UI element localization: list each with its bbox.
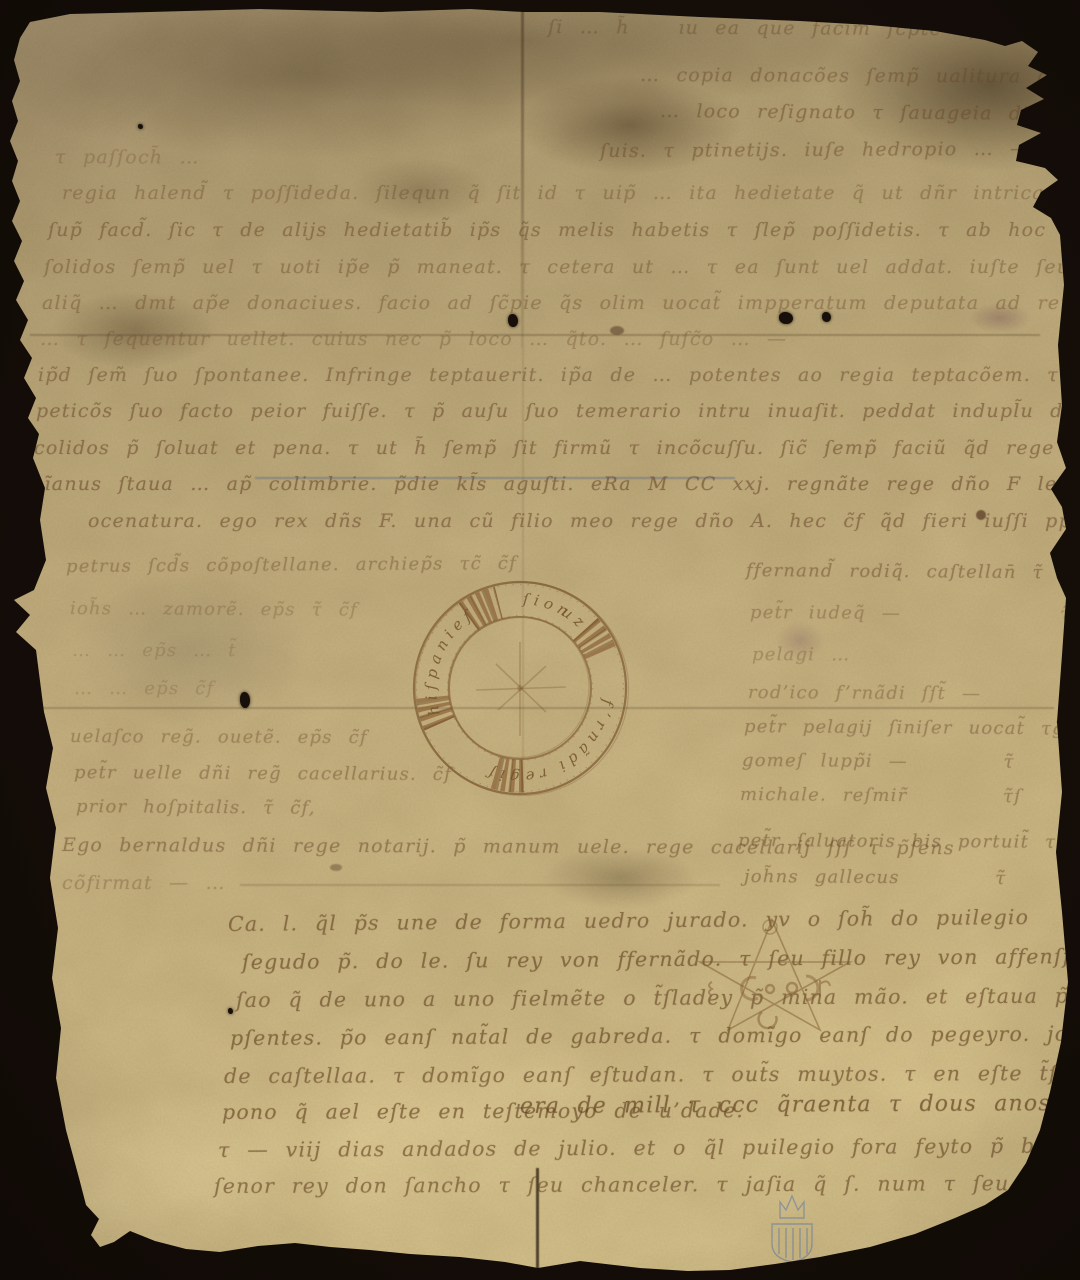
text-line: pet̃r uelle dñi reg̃ cacellarius. c̃f	[74, 762, 452, 785]
text-line: pet̃r pelagij ſiniſer uocat̃ τg̃ c̃f	[744, 716, 1080, 740]
text-line: regia halend̃ τ poſſideda. ſilequn q̃ ſi…	[62, 182, 1080, 204]
notarial-sign	[700, 920, 850, 1030]
horizontal-fold-crease-upper	[30, 334, 1040, 336]
fold-creases	[0, 0, 1080, 1280]
notary-subscription-line: Ego bernaldus dñi rege notarij. p̃ manum…	[0, 0, 1080, 1280]
text-line: … loco reſignato τ ſauageia d’ itt̃	[660, 100, 1071, 125]
text-line: aĩanus ſtaua … ap̃ colimbrie. p̃die kl̃s…	[32, 473, 1080, 495]
parchment-hole	[508, 314, 518, 327]
text-line: ſegudo p̃. do le. ſu rey von ffernãdo. τ…	[242, 944, 1080, 974]
blotch-mottling	[0, 0, 1080, 1280]
text-line: … τ ſequentur uellet. cuius nec p̃ loco …	[40, 328, 787, 350]
ink-spot	[610, 326, 624, 335]
text-line: Ego bernaldus dñi rege notarij. p̃ manum…	[62, 834, 955, 859]
text-line: pſentes. p̃o eanſ nat̃al de gabreda. τ d…	[230, 1021, 1080, 1050]
text-line: pelagi …	[752, 644, 850, 665]
text-line: τ paſſoch̃ …	[55, 146, 200, 169]
text-line: … copia donacões ſemp̃ ualitura do —	[640, 64, 1080, 88]
horizontal-fold-crease-middle	[14, 707, 1054, 709]
text-line: de caſtellaa. τ domĩgo eanſ eſtudan. τ o…	[224, 1060, 1080, 1088]
charter-body-text: ſi … h̃ ıu ea que facim̃ ſcp̃te oſeworie…	[0, 0, 1080, 1280]
rota-centre-cross	[476, 642, 566, 736]
text-line: era de mill τ ccc q̃raenta τ dous anos.	[520, 1091, 1059, 1119]
text-line: prior hoſpitalis. τ̃ c̃f,	[76, 796, 316, 819]
rota-seal: ſionuzf’rnãdiregiſhiſpanieſ	[414, 582, 629, 796]
text-line: ſao q̃ de uno a uno fielmẽte o t̃ſladey …	[236, 984, 1069, 1012]
text-line: michale. reſmir̃ τ̃ſ c̃f	[740, 784, 1080, 808]
text-line: uelaſco reg̃. ouetẽ. ep̃s c̃f	[70, 726, 368, 748]
edge-vignette	[0, 0, 1080, 1280]
fine-grain	[0, 0, 1080, 1280]
text-line: pet̃r ſaluatoris bis portuit̃ τc̃ c̃f	[738, 830, 1080, 853]
text-line: ſolidos ſemp̃ uel τ uoti ip̃e p̃ maneat.…	[44, 256, 1080, 278]
text-line: … … ep̃s c̃f	[74, 678, 214, 699]
manuscript-photo: ſi … h̃ ıu ea que facim̃ ſcp̃te oſeworie…	[0, 0, 1080, 1280]
parchment-sheet: ſi … h̃ ıu ea que facim̃ ſcp̃te oſeworie…	[0, 0, 1080, 1280]
rota-bar-shading	[433, 603, 602, 776]
text-line: ffernand̃ rodiq̃. caſtellan̄ τ̃ c̃f	[746, 560, 1080, 584]
text-line: cõfirmat — …	[62, 872, 226, 894]
parchment-hole	[240, 692, 250, 708]
text-line: ocenatura. ego rex dñs F. una cũ filio m…	[88, 510, 1080, 532]
vertical-fold-crease	[521, 8, 524, 348]
text-line: ſuis. τ ptinetijs. iuſe hedropio … — t̃	[600, 138, 1055, 162]
parchment-hole	[822, 312, 831, 322]
rota-ring-text: ſionuzf’rnãdiregiſhiſpanieſ	[422, 590, 618, 786]
pencil-guide-line	[255, 477, 735, 479]
rota-word: ſion	[521, 590, 575, 623]
damage-layer	[0, 0, 1080, 1280]
witness-column-right: ffernand̃ rodiq̃. caſtellan̄ τ̃ c̃fpet̃r…	[0, 0, 1080, 1280]
text-line: … … ep̃s … t̃	[72, 640, 237, 661]
text-line: rod’ico f’rnãdi ſſt̃ —	[748, 682, 981, 704]
text-line: petrus ſcd̃s cõpoſtellane. archiep̃s τc̃…	[66, 553, 517, 577]
ink-spot	[330, 864, 342, 871]
text-line: peticõs ſuo facto peior fuiſſe. τ p̃ auſ…	[36, 400, 1080, 422]
rota-word: uz	[558, 603, 591, 635]
witness-column-left: petrus ſcd̃s cõpoſtellane. archiep̃s τc̃…	[0, 0, 1080, 1280]
text-line: Ca. l. q̃l p̃s une de forma uedro jurado…	[228, 905, 1029, 936]
rota-word: regiſ	[481, 761, 549, 786]
drawn-devices: ſionuzf’rnãdiregiſhiſpanieſ	[0, 0, 1080, 1280]
text-line: ip̃d ſem̃ ſuo ſpontanee. Infringe teptau…	[38, 364, 1080, 386]
text-line: pono q̃ ael eſte en teſtemoyo de u’dade.	[222, 1098, 744, 1124]
horizontal-crease-faint	[240, 884, 720, 886]
rota-word: f’rnãdi	[552, 697, 618, 778]
parchment-hole	[138, 124, 143, 129]
text-line: ſi … h̃ ıu ea que facim̃ ſcp̃te oſeworie…	[548, 16, 1080, 42]
ink-spot	[1042, 1206, 1051, 1217]
text-line: τ — viij dias andados de julio. et o q̃l…	[218, 1132, 1080, 1162]
text-line: ioh̃s … zamorẽ. ep̃s τ̃ c̃f	[70, 598, 358, 621]
parchment-hole	[228, 1008, 233, 1014]
archive-stamp	[772, 1196, 812, 1262]
parchment-texture	[0, 0, 1080, 1280]
text-line: ſup̃ facd̃. ſic τ de alijs hedietatib̃ i…	[48, 219, 1080, 241]
rota-word: hiſpanieſ	[422, 604, 479, 717]
text-line: pet̃r iudeq̃ — τ̃ c̃f	[750, 602, 1080, 625]
text-line: aliq̃ … dmt ap̃e donaciues. facio ad ſc̃…	[42, 292, 1080, 314]
text-line: gomeſ lupp̃i — τ̃ c̃f	[742, 750, 1080, 773]
text-line: colidos p̃ ſoluat et pena. τ ut h̃ ſemp̃…	[34, 437, 1080, 459]
vernacular-translation-text: Ca. l. q̃l p̃s une de forma uedro jurado…	[0, 0, 1080, 1280]
rota-hatched-bars	[433, 603, 602, 776]
parchment-hole	[779, 312, 793, 324]
ink-spot	[976, 510, 986, 520]
bottom-slit-tear	[536, 1168, 539, 1272]
vertical-fold-crease-lower	[522, 348, 524, 788]
text-line: joh̃ns gallecus τ̃ c̃f	[744, 866, 1080, 889]
text-line: ſenor rey don ſancho τ ſeu chanceler. τ …	[214, 1170, 1080, 1198]
